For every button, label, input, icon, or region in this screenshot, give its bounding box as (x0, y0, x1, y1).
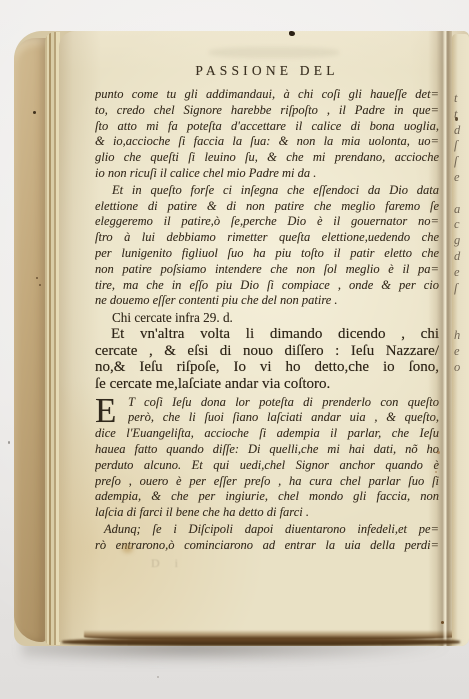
book-page: PASSIONE DEL punto come tu gli addimanda… (59, 31, 469, 642)
backdrop-speck (8, 441, 10, 444)
page-fragment: d (454, 123, 468, 139)
text-block: punto come tu gli addimandaui, à chi coſ… (95, 87, 439, 554)
text-line: Et in queſto forſe ci inſegna che eſſend… (95, 183, 439, 199)
text-line: dice l'Euangeliſta, accioche ſi adempia … (95, 426, 439, 442)
text-line: & io,accioche ſi faccia la ſua: & non la… (95, 134, 439, 150)
text-line: non patire poſsiamo intendere che non ſo… (95, 262, 439, 278)
text-line: glio che queſti ſi leuino ſu, & che mi p… (95, 150, 439, 166)
foxing-spot (122, 544, 133, 553)
next-page-sliver: t t d ſ ſ e a c g d e ſ h e o (452, 34, 469, 646)
drop-cap-initial: E (95, 396, 122, 426)
page-fragment: d (454, 249, 468, 265)
text-line: no,& Ieſu riſpoſe, Io vi ho detto,che io… (95, 359, 439, 376)
page-fragment: ſ (454, 138, 468, 154)
vellum-spot (33, 111, 36, 114)
crease-speck (441, 621, 444, 624)
page-fragment: c (454, 217, 468, 233)
showthrough-smudge (209, 47, 339, 58)
photo-backdrop: PASSIONE DEL punto come tu gli addimanda… (0, 0, 469, 699)
paragraph-4: Adunq; ſe i Diſcipoli dapoi diuentarono … (95, 522, 439, 554)
text-line: cercate , & eſsi di nouo diſſero : Ieſu … (95, 343, 439, 360)
page-fragment: g (454, 233, 468, 249)
vellum-spot (36, 277, 38, 279)
page-fragment: a (454, 202, 468, 218)
sliver-speck (455, 117, 458, 121)
paragraph-1: punto come tu gli addimandaui, à chi coſ… (95, 87, 439, 182)
page-fragment (454, 186, 468, 202)
text-line: ſto atto mi fa poteſta d'accettare il ca… (95, 119, 439, 135)
page-edges-gutter (45, 32, 60, 645)
paragraph-2: Et in queſto forſe ci inſegna che eſſend… (95, 183, 439, 309)
text-line: per lunigenito figliuol ſuo ha piu toſto… (95, 246, 439, 262)
backdrop-speck (157, 676, 159, 678)
crease-speck (437, 451, 440, 454)
text-line: rò entrarono,ò cominciarono ad entrar la… (95, 538, 439, 554)
text-line: preſo , ouero è per eſſer preſo , ha cur… (95, 474, 439, 490)
page-fragment: e (454, 344, 468, 360)
text-line: tire, ma che in eſſo piu Dio ſi compiace… (95, 278, 439, 294)
page-fragment: e (454, 170, 468, 186)
text-line: T coſi Ieſu dona lor poteſta di prenderl… (128, 395, 439, 411)
vellum-spot (39, 284, 41, 286)
text-line: però, che li ſuoi ſiano laſciati andar u… (128, 410, 439, 426)
ink-blotch (289, 31, 295, 36)
text-line: ne douemo eſſer contenti piu che del non… (95, 293, 439, 309)
text-line: ſe cercate me,laſciate andar via coſtoro… (95, 376, 439, 393)
quote-paragraph: Et vn'altra volta li dimando dicendo , c… (95, 326, 439, 392)
book: PASSIONE DEL punto come tu gli addimanda… (14, 31, 469, 646)
text-line: punto come tu gli addimandaui, à chi coſ… (95, 87, 439, 103)
text-line: Et vn'altra volta li dimando dicendo , c… (95, 326, 439, 343)
next-page-text-fragments: t t d ſ ſ e a c g d e ſ h e o (455, 91, 469, 375)
text-line: io non ricuſi il calice chel mio Padre m… (95, 166, 439, 182)
text-line: to, credo chel Signore harebbe riſpoſto … (95, 103, 439, 119)
text-line: laſcia di farci il bene che ha detto di … (95, 505, 439, 521)
book-bottom-edge (62, 638, 460, 646)
page-fragment (454, 312, 468, 328)
text-line: perduto alcuno. Et qui uedi,chel Signor … (95, 458, 439, 474)
page-fragment: h (454, 328, 468, 344)
vellum-cover-edge (14, 38, 47, 642)
citation-paragraph: Chi cercate infra 29. d. (95, 310, 439, 325)
paragraph-3: E T coſi Ieſu dona lor poteſta di prende… (95, 395, 439, 521)
page-fragment (454, 296, 468, 312)
text-line: hauea fatto quando diſſe: Di quelli,che … (95, 442, 439, 458)
text-line: Adunq; ſe i Diſcipoli dapoi diuentarono … (95, 522, 439, 538)
crease-speck (435, 471, 437, 473)
running-header: PASSIONE DEL (95, 62, 439, 79)
page-fragment: ſ (454, 154, 468, 170)
page-fragment: t (454, 91, 468, 107)
fore-edge-fold (428, 31, 452, 646)
page-fragment: e (454, 265, 468, 281)
page-fragment: ſ (454, 281, 468, 297)
text-line: adempia, & che per ingiurie, chel mondo … (95, 489, 439, 505)
showthrough-signature-mark: D i (151, 556, 184, 571)
text-line: elettione di patire & di non patire che … (95, 199, 439, 215)
page-fragment: o (454, 360, 468, 376)
citation-line: Chi cercate infra 29. d. (95, 310, 439, 325)
text-line: ſtro à lui debbiamo rimetter queſta elet… (95, 230, 439, 246)
text-line: eleggeremo il patire,ò ſe,perche Dio è i… (95, 214, 439, 230)
